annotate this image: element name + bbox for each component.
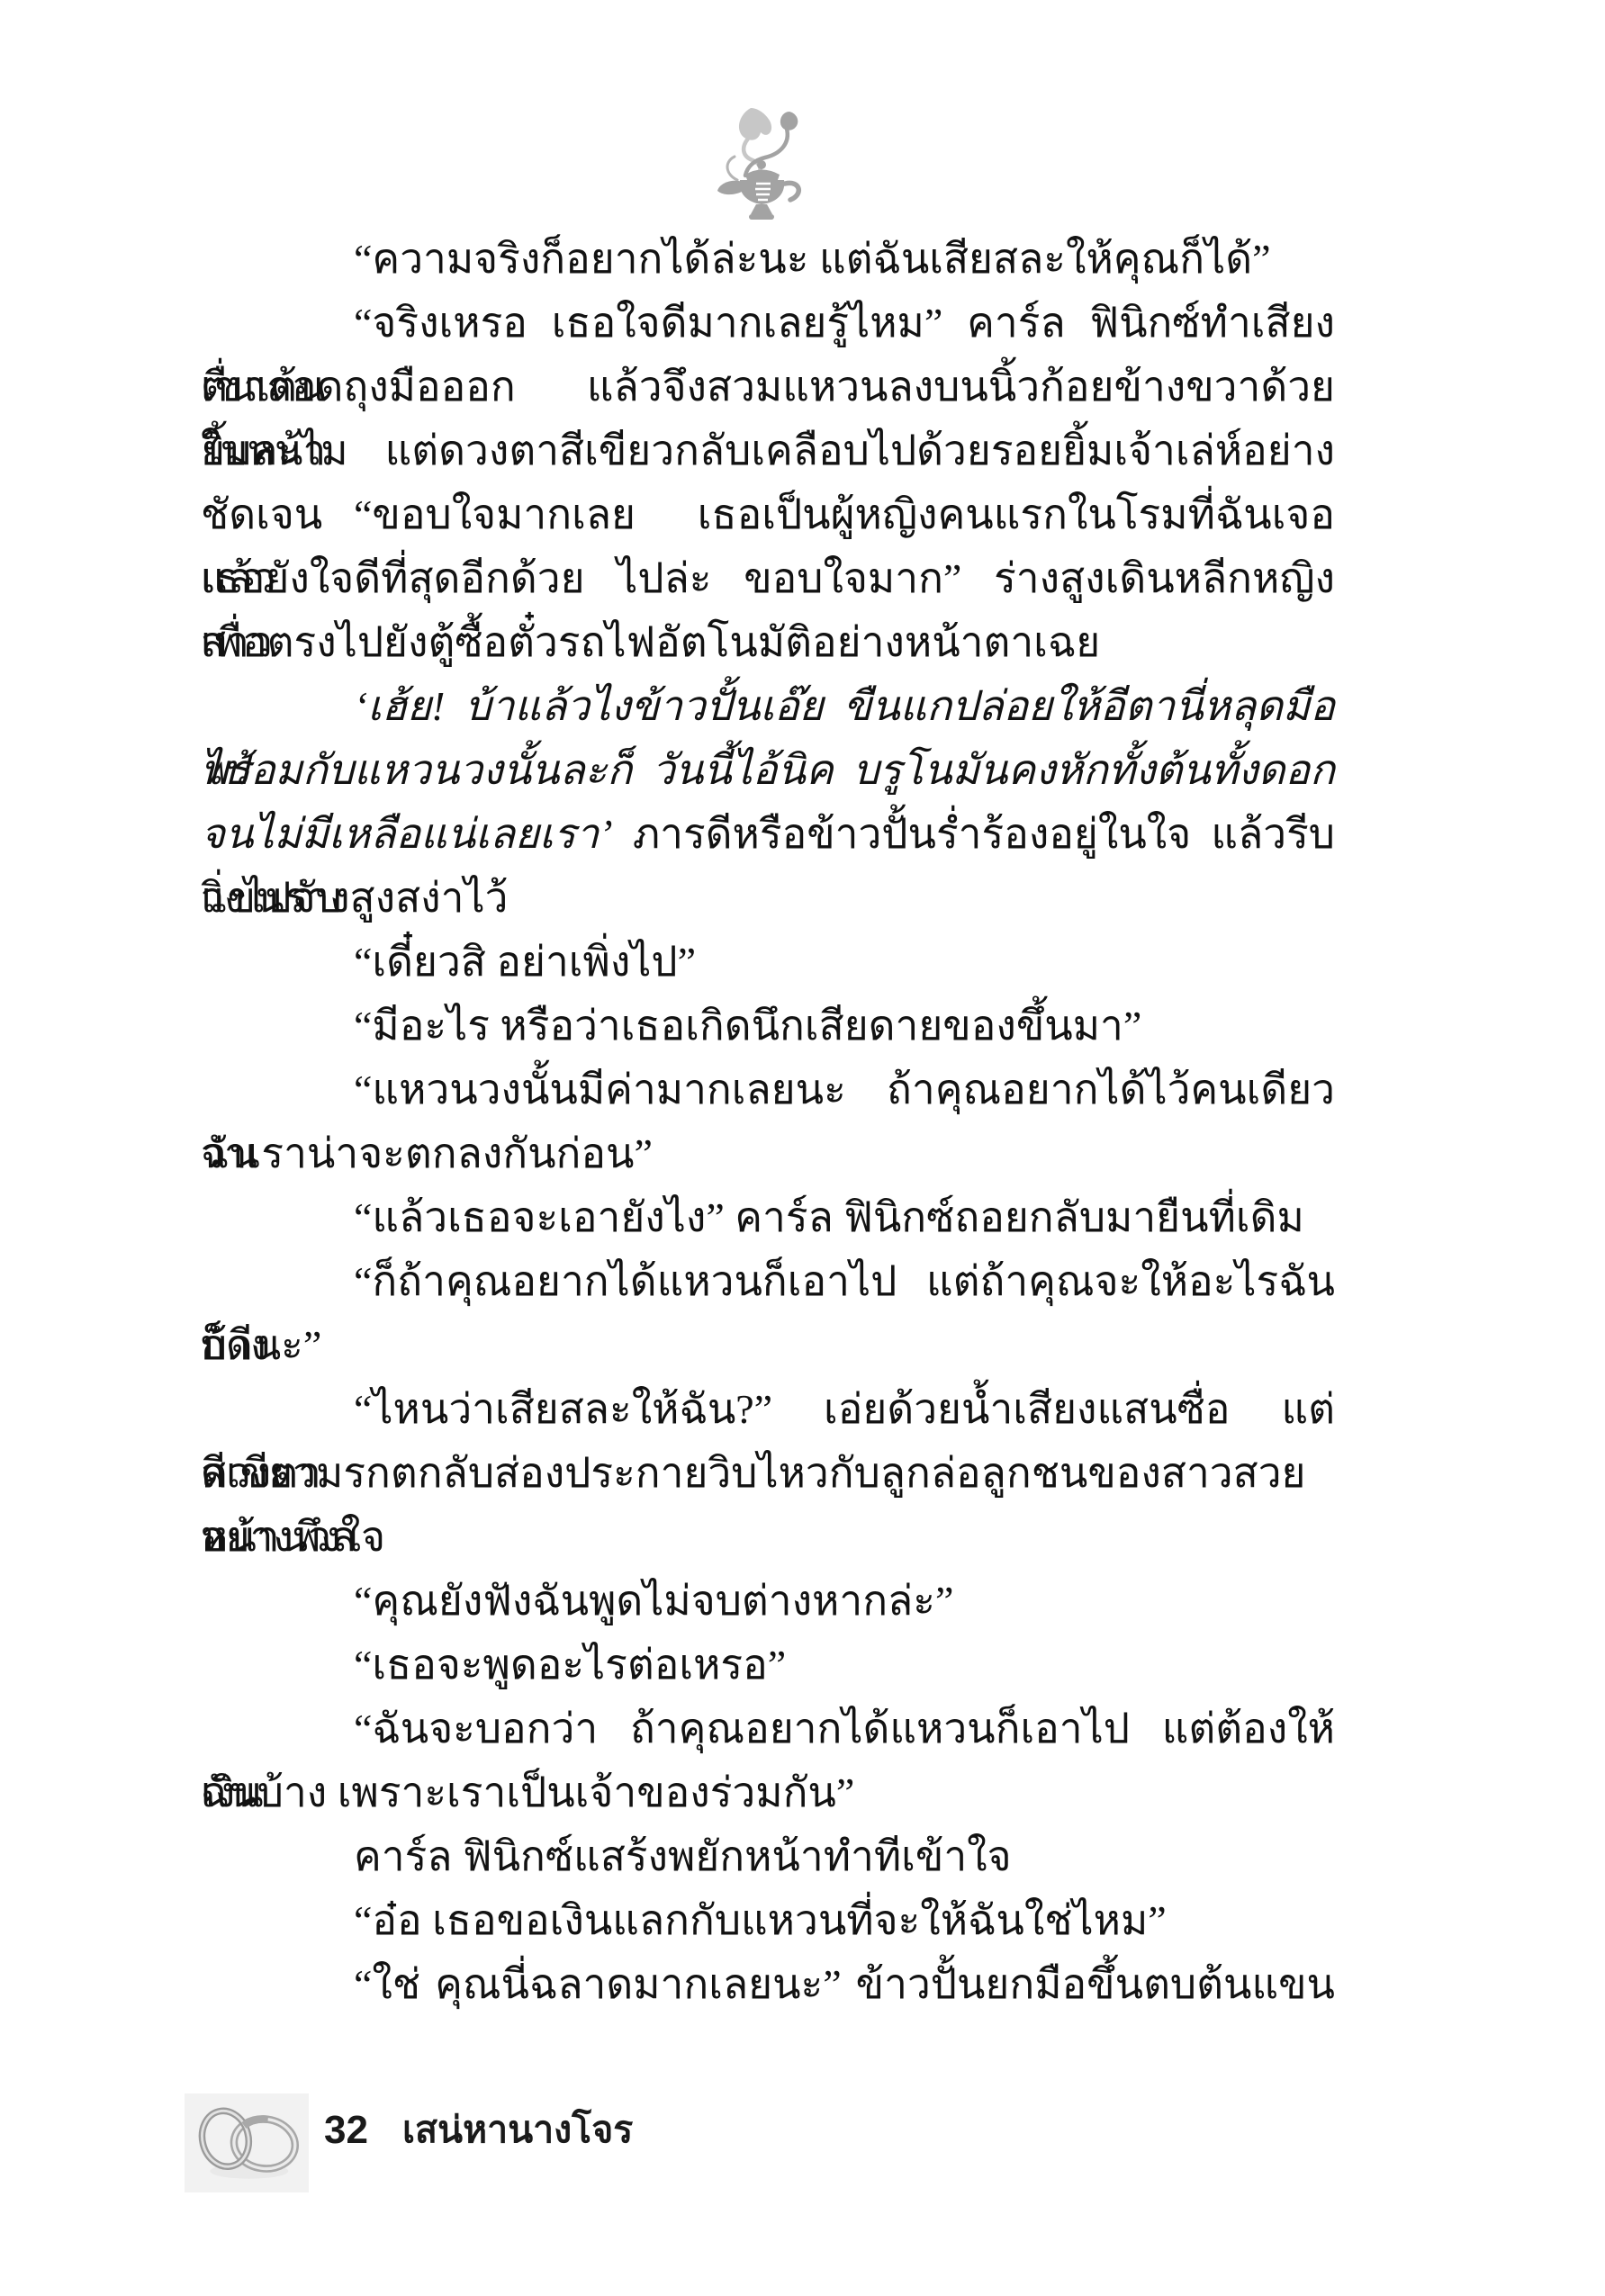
- text-line: “ไหนว่าเสียสละให้ฉัน?” เอ่ยด้วยน้ำเสียงแ…: [201, 1377, 1335, 1441]
- novel-text-block: “ความจริงก็อยากได้ล่ะนะ แต่ฉันเสียสละให้…: [201, 227, 1335, 2016]
- book-page: “ความจริงก็อยากได้ล่ะนะ แต่ฉันเสียสละให้…: [0, 0, 1605, 2296]
- text-line: ว่าเราน่าจะตกลงกันก่อน”: [201, 1121, 1335, 1185]
- text-line: “ขอบใจมากเลย เธอเป็นผู้หญิงคนแรกในโรมที่…: [201, 482, 1335, 546]
- text-line: “มีอะไร หรือว่าเธอเกิดนึกเสียดายของขึ้นม…: [201, 994, 1335, 1058]
- wedding-rings-icon: [187, 2096, 306, 2190]
- text-line: พร้อมกับแหวนวงนั้นละก็ วันนี้ไอ้นิค บรูโ…: [201, 738, 1335, 802]
- genie-lamp-icon: [709, 103, 816, 227]
- text-line: เขาถอดถุงมือออก แล้วจึงสวมแหวนลงบนนิ้วก้…: [201, 355, 1335, 419]
- text-line: คาร์ล ฟินิกซ์แสร้งพยักหน้าทำทีเข้าใจ: [201, 1824, 1335, 1888]
- inner-monologue-end: จนไม่มีเหลือแน่เลยเรา’: [201, 811, 613, 857]
- text-line: “แหวนวงนั้นมีค่ามากเลยนะ ถ้าคุณอยากได้ไว…: [201, 1058, 1335, 1121]
- text-line: จนไม่มีเหลือแน่เลยเรา’ ภารดีหรือข้าวปั้น…: [201, 802, 1335, 866]
- text-line: “เดี๋ยวสิ อย่าเพิ่งไป”: [201, 930, 1335, 994]
- text-line: “จริงเหรอ เธอใจดีมากเลยรู้ไหม” คาร์ล ฟิน…: [201, 291, 1335, 355]
- wedding-rings-image: [185, 2093, 309, 2192]
- text-line: เพื่อตรงไปยังตู้ซื้อตั๋วรถไฟอัตโนมัติอย่…: [201, 610, 1335, 674]
- text-line: ก็ดีนะ”: [201, 1313, 1335, 1377]
- text-line: ‘เฮ้ย! บ้าแล้วไงข้าวปั้นเอ๊ย ขืนแกปล่อยใ…: [201, 674, 1335, 738]
- text-line: สีเขียวมรกตกลับส่องประกายวิบไหวกับลูกล่อ…: [201, 1441, 1335, 1505]
- text-line: “ฉันจะบอกว่า ถ้าคุณอยากได้แหวนก็เอาไป แต…: [201, 1697, 1335, 1760]
- text-line: เธอยังใจดีที่สุดอีกด้วย ไปล่ะ ขอบใจมาก” …: [201, 546, 1335, 610]
- text-line: “เธอจะพูดอะไรต่อเหรอ”: [201, 1633, 1335, 1697]
- text-line: ฉันบ้าง เพราะเราเป็นเจ้าของร่วมกัน”: [201, 1760, 1335, 1824]
- book-title: เสน่หานางโจร: [402, 2106, 633, 2153]
- genie-lamp-ornament-icon: [709, 103, 816, 227]
- text-line: “คุณยังฟังฉันพูดไม่จบต่างหากล่ะ”: [201, 1569, 1335, 1633]
- text-line: “ก็ถ้าคุณอยากได้แหวนก็เอาไป แต่ถ้าคุณจะใ…: [201, 1249, 1335, 1313]
- text-line: “แล้วเธอจะเอายังไง” คาร์ล ฟินิกซ์ถอยกลับ…: [201, 1185, 1335, 1249]
- text-line: แขนร่างสูงสง่าไว้: [201, 866, 1335, 930]
- text-line: “ใช่ คุณนี่ฉลาดมากเลยนะ” ข้าวปั้นยกมือขึ…: [201, 1952, 1335, 2016]
- text-line: “อ๋อ เธอขอเงินแลกกับแหวนที่จะให้ฉันใช่ไห…: [201, 1888, 1335, 1952]
- text-line: ยิ้มละไม แต่ดวงตาสีเขียวกลับเคลือบไปด้วย…: [201, 419, 1335, 482]
- text-line: อย่างพึงใจ: [201, 1505, 1335, 1569]
- text-line: “ความจริงก็อยากได้ล่ะนะ แต่ฉันเสียสละให้…: [201, 227, 1335, 291]
- page-number: 32: [324, 2108, 368, 2153]
